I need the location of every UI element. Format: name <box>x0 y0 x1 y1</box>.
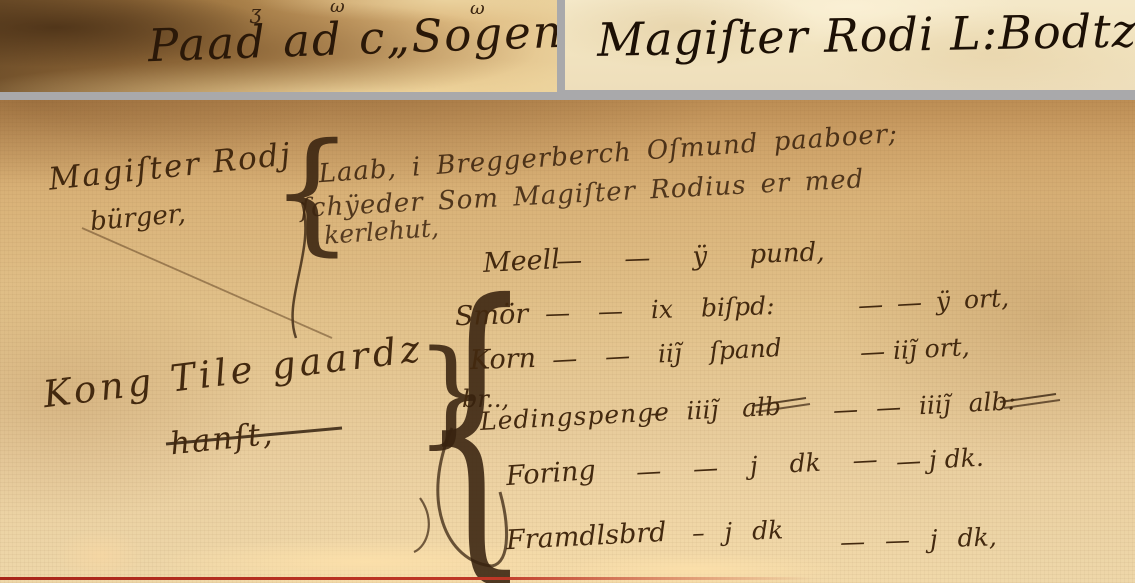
ledger-item: Smör <box>455 300 529 332</box>
ledger-amount-mid: – j dk <box>692 516 784 547</box>
ledger-page: Magiſter Rodj bürger, { Laab, i Breggerb… <box>0 100 1135 583</box>
ledger-item: Foring <box>505 456 597 492</box>
caption-right-title: Magiſter Rodi L:Bodtz: <box>597 3 1135 67</box>
caption-strip-right: Magiſter Rodi L:Bodtz: <box>565 0 1135 90</box>
ledger-amount-right: — j dk. <box>895 444 984 476</box>
caption-strip-left: ʒ ω ω Paad ad c„Sogen <box>0 0 557 92</box>
ledger-item: Korn <box>470 344 537 376</box>
caption-left-title: Paad ad c„Sogen <box>147 5 557 72</box>
ledger-item: Meell <box>482 245 560 279</box>
scan-edge-line <box>0 577 812 580</box>
ledger-amount-right: — iij̃ ort, <box>859 333 970 366</box>
ledger-amount-right: — — j dk, <box>840 523 998 556</box>
